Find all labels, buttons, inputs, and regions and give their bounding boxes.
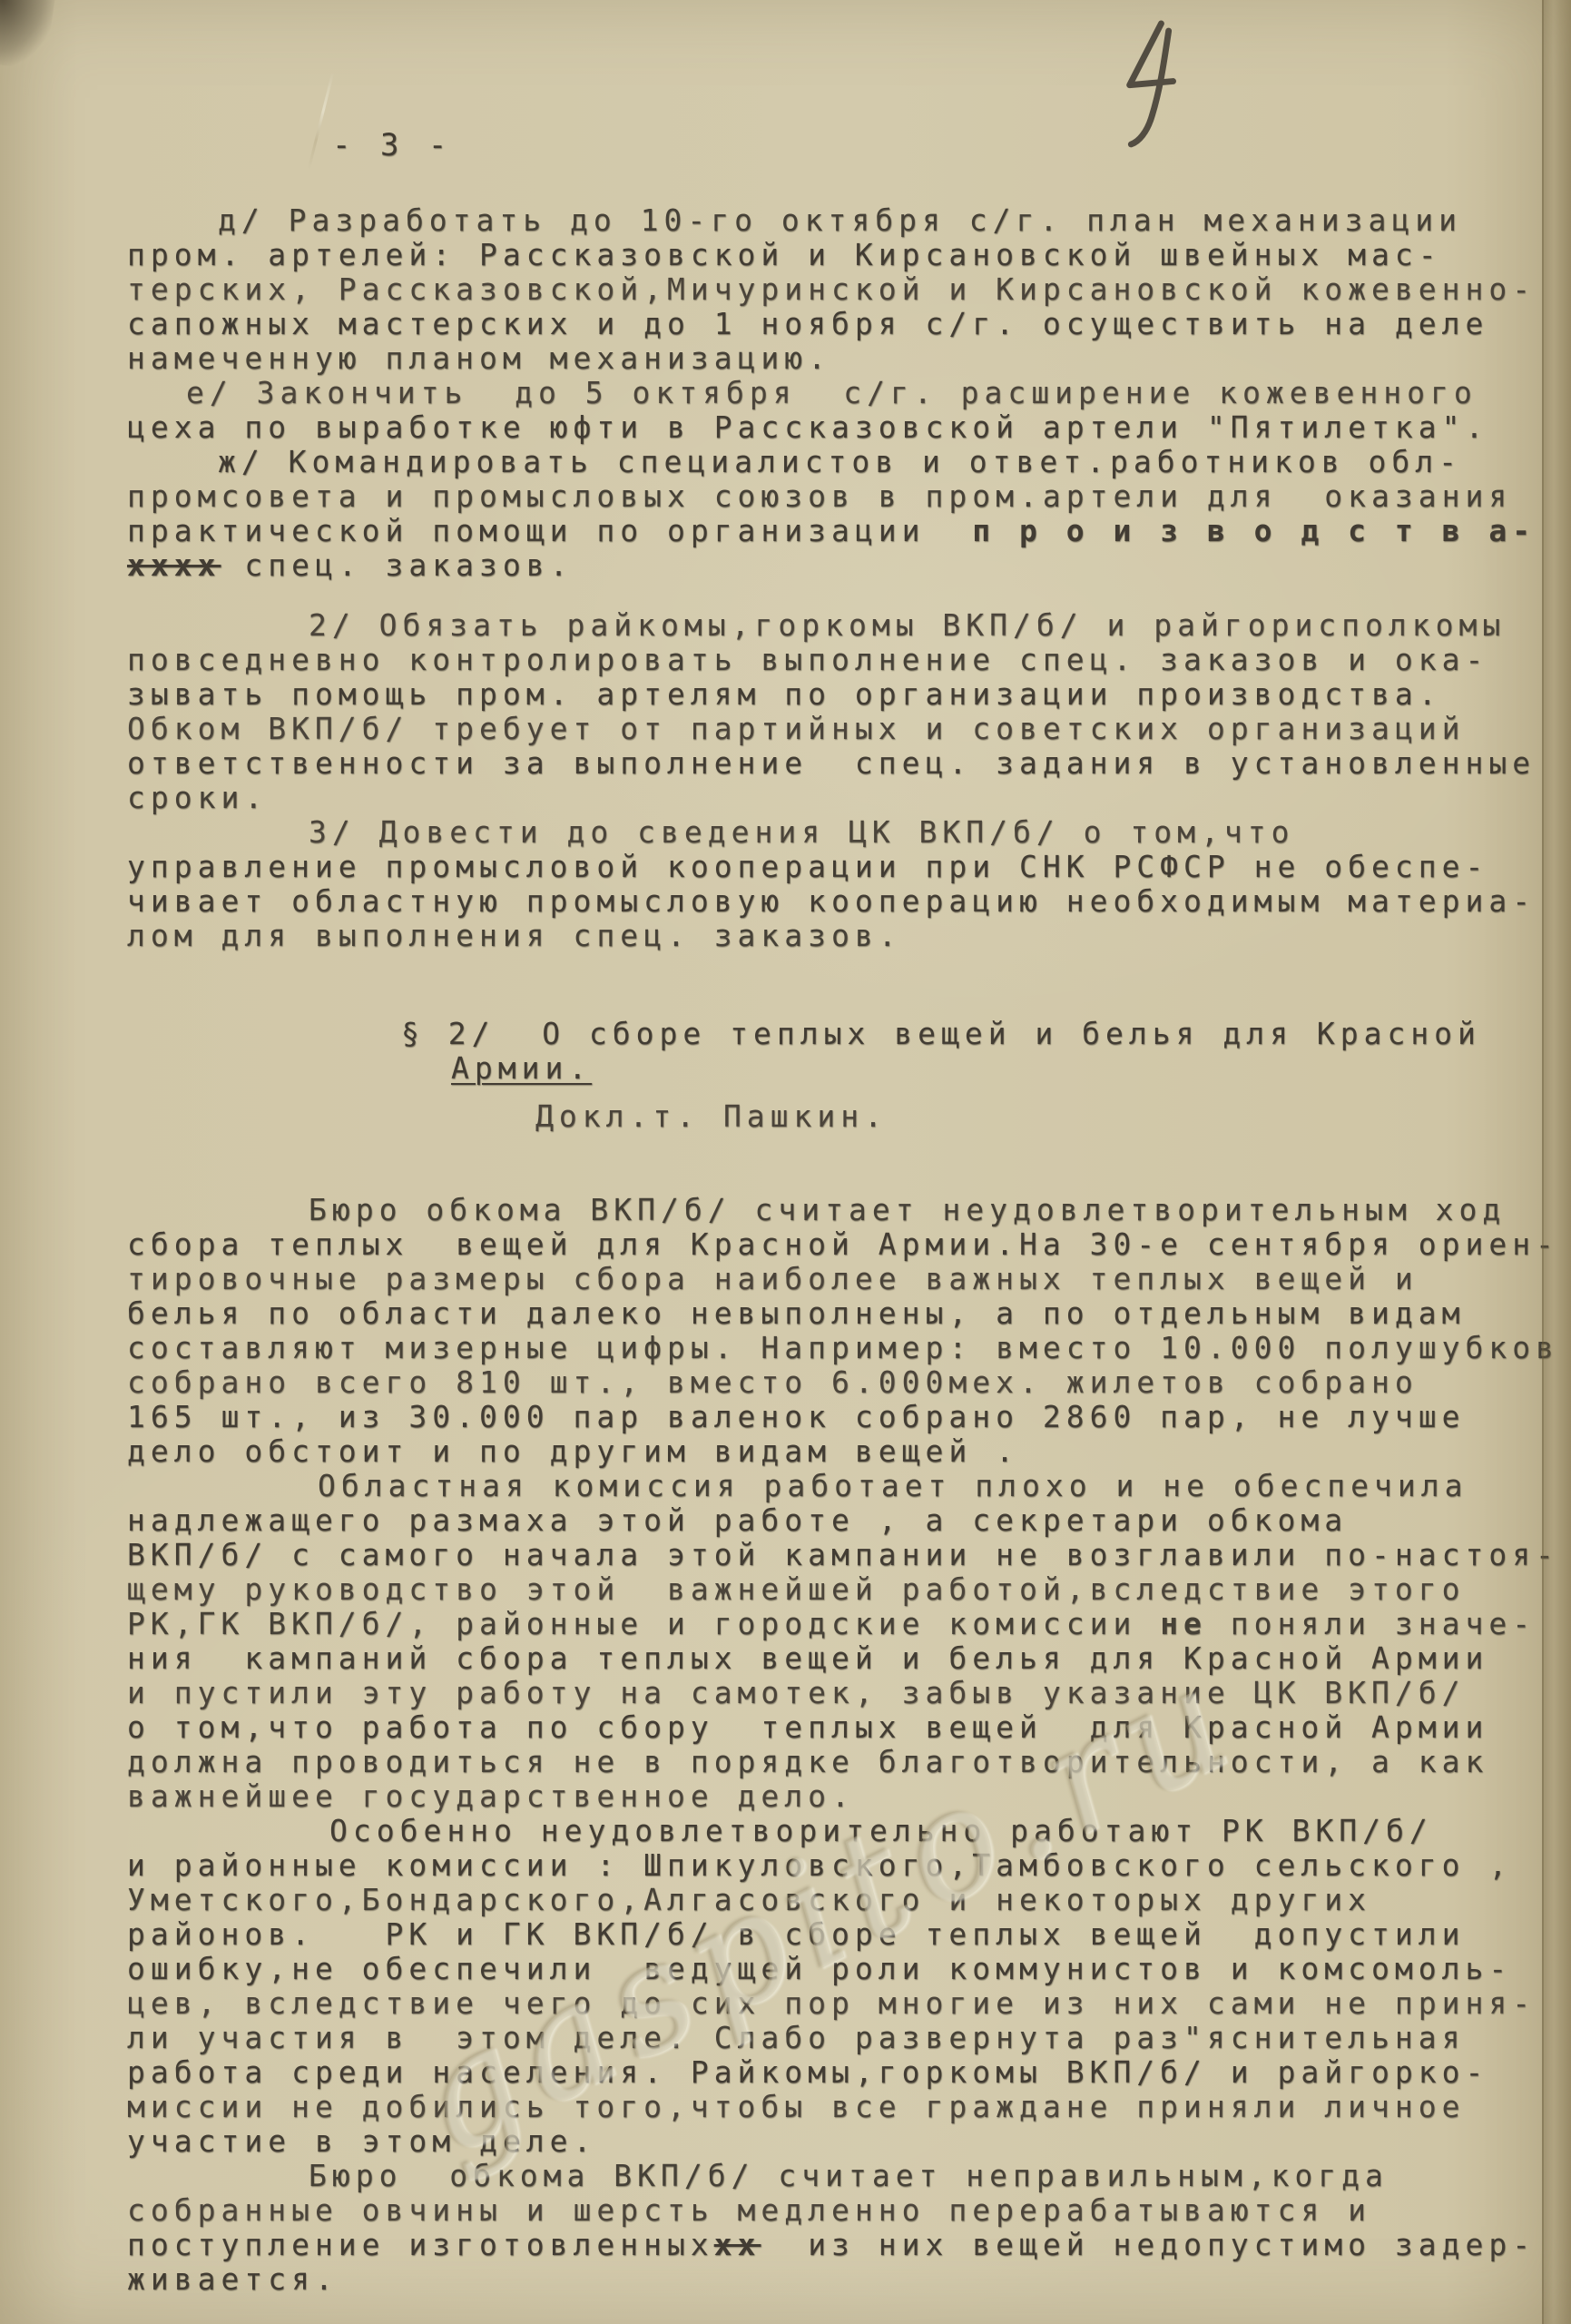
text-line: цев, вследствие чего до сих пор многие и…: [127, 1986, 1554, 2021]
text-line: д/ Разработать до 10-го октября с/г. пла…: [127, 203, 1554, 238]
text-line: составляют мизерные цифры. Например: вме…: [127, 1331, 1554, 1365]
text-line: собранные овчины и шерсть медленно перер…: [127, 2193, 1554, 2228]
corner-smudge: [0, 0, 56, 71]
text-line: собрано всего 810 шт., вместо 6.000мех. …: [127, 1365, 1554, 1400]
text-line: участие в этом деле.: [127, 2124, 1554, 2159]
text-line: намеченную планом механизацию.: [127, 341, 1554, 376]
text-line: Докл.т. Пашкин.: [127, 1099, 1554, 1134]
text-line: ВКП/б/ с самого начала этой кампании не …: [127, 1538, 1554, 1572]
text-line: Областная комиссия работает плохо и не о…: [127, 1469, 1554, 1503]
document-text: д/ Разработать до 10-го октября с/г. пла…: [127, 203, 1554, 2297]
text-line: РК,ГК ВКП/б/, районные и городские комис…: [127, 1607, 1554, 1641]
text-line: миссии не добились того,чтобы все гражда…: [127, 2090, 1554, 2124]
text-line: важнейшее государственное дело.: [127, 1779, 1554, 1814]
text-line: е/ Закончить до 5 октября с/г. расширени…: [127, 376, 1554, 410]
text-line: надлежащего размаха этой работе , а секр…: [127, 1503, 1554, 1538]
text-line: Обком ВКП/б/ требует от партийных и сове…: [127, 712, 1554, 746]
text-line: сбора теплых вещей для Красной Армии.На …: [127, 1227, 1554, 1262]
text-line: ошибку,не обеспечили ведущей роли коммун…: [127, 1952, 1554, 1986]
text-line: Армии.: [127, 1051, 1554, 1086]
text-line: Уметского,Бондарского,Алгасовского и нек…: [127, 1883, 1554, 1917]
text-line: районов. РК и ГК ВКП/б/ в сборе теплых в…: [127, 1917, 1554, 1952]
text-line: терских, Рассказовской,Мичуринской и Кир…: [127, 272, 1554, 307]
handwritten-page-number: [1110, 14, 1197, 155]
text-line: сроки.: [127, 781, 1554, 815]
paper-crease: [308, 72, 335, 169]
text-line: и пустили эту работу на самотек, забыв у…: [127, 1676, 1554, 1710]
text-line: чивает областную промысловую кооперацию …: [127, 884, 1554, 919]
page-edge: [1542, 0, 1571, 2324]
text-line: практической помощи по организации п р о…: [127, 514, 1554, 548]
text-line: лом для выполнения спец. заказов.: [127, 919, 1554, 953]
text-line: 165 шт., из 30.000 пар валенок собрано 2…: [127, 1400, 1554, 1434]
text-line: повседневно контролировать выполнение сп…: [127, 643, 1554, 677]
text-line: сапожных мастерских и до 1 ноября с/г. о…: [127, 307, 1554, 341]
text-line: ния кампаний сбора теплых вещей и белья …: [127, 1641, 1554, 1676]
text-line: ж/ Командировать специалистов и ответ.ра…: [127, 445, 1554, 479]
text-line: цеха по выработке юфти в Рассказовской а…: [127, 410, 1554, 445]
text-line: должна проводиться не в порядке благотво…: [127, 1745, 1554, 1779]
text-line: Особенно неудовлетворительно работают РК…: [127, 1814, 1554, 1848]
text-line: живается.: [127, 2262, 1554, 2297]
text-line: работа среди населения. Райкомы,горкомы …: [127, 2055, 1554, 2090]
text-line: 2/ Обязать райкомы,горкомы ВКП/б/ и райг…: [127, 608, 1554, 643]
text-line: Бюро обкома ВКП/б/ считает неудовлетвори…: [127, 1193, 1554, 1227]
page-number: - 3 -: [332, 127, 452, 163]
text-line: дело обстоит и по другим видам вещей .: [127, 1434, 1554, 1469]
document-page: - 3 - д/ Разработать до 10-го октября с/…: [0, 0, 1571, 2324]
text-line: 3/ Довести до сведения ЦК ВКП/б/ о том,ч…: [127, 815, 1554, 850]
text-line: и районные комиссии : Шпикуловского,Тамб…: [127, 1848, 1554, 1883]
text-line: белья по области далеко невыполнены, а п…: [127, 1296, 1554, 1331]
text-line: ли участия в этом деле. Слабо развернута…: [127, 2021, 1554, 2055]
text-line: управление промысловой кооперации при СН…: [127, 850, 1554, 884]
text-line: промсовета и промысловых союзов в пром.а…: [127, 479, 1554, 514]
text-line: щему руководство этой важнейшей работой,…: [127, 1572, 1554, 1607]
text-line: Бюро обкома ВКП/б/ считает неправильным,…: [127, 2159, 1554, 2193]
text-line: поступление изготовленныххх из них вещей…: [127, 2228, 1554, 2262]
text-line: § 2/ О сборе теплых вещей и белья для Кр…: [127, 1017, 1554, 1051]
text-line: о том,что работа по сбору теплых вещей д…: [127, 1710, 1554, 1745]
text-line: пром. артелей: Рассказовской и Кирсановс…: [127, 238, 1554, 272]
text-line: зывать помощь пром. артелям по организац…: [127, 677, 1554, 712]
text-line: хххх спец. заказов.: [127, 548, 1554, 583]
text-line: тировочные размеры сбора наиболее важных…: [127, 1262, 1554, 1296]
text-line: ответственности за выполнение спец. зада…: [127, 746, 1554, 781]
